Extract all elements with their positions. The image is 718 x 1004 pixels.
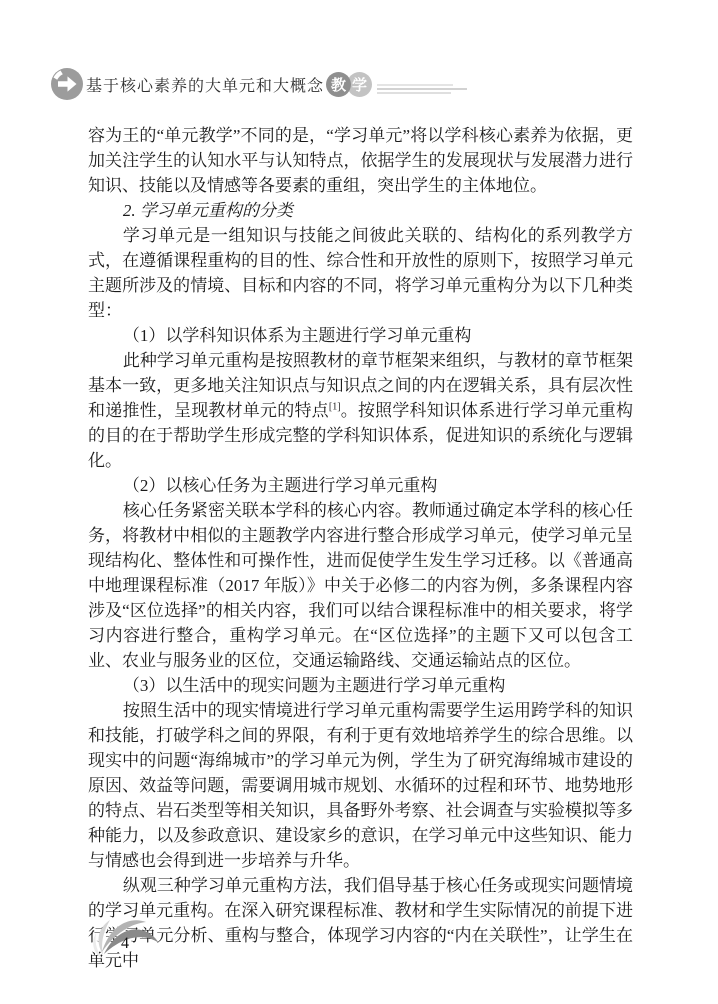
para-item-3: 按照生活中的现实情境进行学习单元重构需要学生运用跨学科的知识和技能，打破学科之间…: [88, 698, 633, 873]
body-text: 容为王的“单元教学”不同的是，“学习单元”将以学科核心素养为依据，更加关注学生的…: [88, 123, 633, 973]
text-run: （2）以核心任务为主题进行学习单元重构: [123, 476, 438, 495]
page-footer: 4: [90, 912, 174, 974]
subheading-2-classification: 2. 学习单元重构的分类: [88, 198, 633, 223]
footnote-ref: [1]: [329, 401, 341, 412]
para-item-2: 核心任务紧密关联本学科的核心内容。教师通过确定本学科的核心任务，将教材中相似的主…: [88, 498, 633, 673]
text-run: 容为王的“单元教学”不同的是，“学习单元”将以学科核心素养为依据，更加关注学生的…: [88, 126, 633, 195]
arrow-right-icon: [50, 67, 84, 101]
text-run: 学习单元是一组知识与技能之间彼此关联的、结构化的系列教学方式，在遵循课程重构的目…: [88, 226, 633, 320]
decorative-lines: [377, 84, 467, 94]
book-page: 基于核心素养的大单元和大概念 教 学 容为王的“单元教学”不同的是，“学习单元”…: [0, 0, 718, 1004]
badge-jiao: 教: [326, 72, 351, 97]
publisher-logo-icon: [90, 912, 174, 974]
para-classification-intro: 学习单元是一组知识与技能之间彼此关联的、结构化的系列教学方式，在遵循课程重构的目…: [88, 223, 633, 323]
page-number: 4: [121, 935, 129, 953]
text-run: 2. 学习单元重构的分类: [123, 201, 293, 220]
text-run: （1）以学科知识体系为主题进行学习单元重构: [123, 326, 472, 345]
running-head: 基于核心素养的大单元和大概念 教 学: [50, 66, 678, 102]
text-run: 核心任务紧密关联本学科的核心内容。教师通过确定本学科的核心任务，将教材中相似的主…: [88, 501, 633, 670]
para-item-1: 此种学习单元重构是按照教材的章节框架来组织，与教材的章节框架基本一致，更多地关注…: [88, 348, 633, 473]
item-heading-1: （1）以学科知识体系为主题进行学习单元重构: [88, 323, 633, 348]
para-continued-from-previous-page: 容为王的“单元教学”不同的是，“学习单元”将以学科核心素养为依据，更加关注学生的…: [88, 123, 633, 198]
item-heading-2: （2）以核心任务为主题进行学习单元重构: [88, 473, 633, 498]
text-run: 按照生活中的现实情境进行学习单元重构需要学生运用跨学科的知识和技能，打破学科之间…: [88, 701, 633, 870]
item-heading-3: （3）以生活中的现实问题为主题进行学习单元重构: [88, 673, 633, 698]
text-run: （3）以生活中的现实问题为主题进行学习单元重构: [123, 676, 506, 695]
running-head-title: 基于核心素养的大单元和大概念: [86, 73, 324, 96]
